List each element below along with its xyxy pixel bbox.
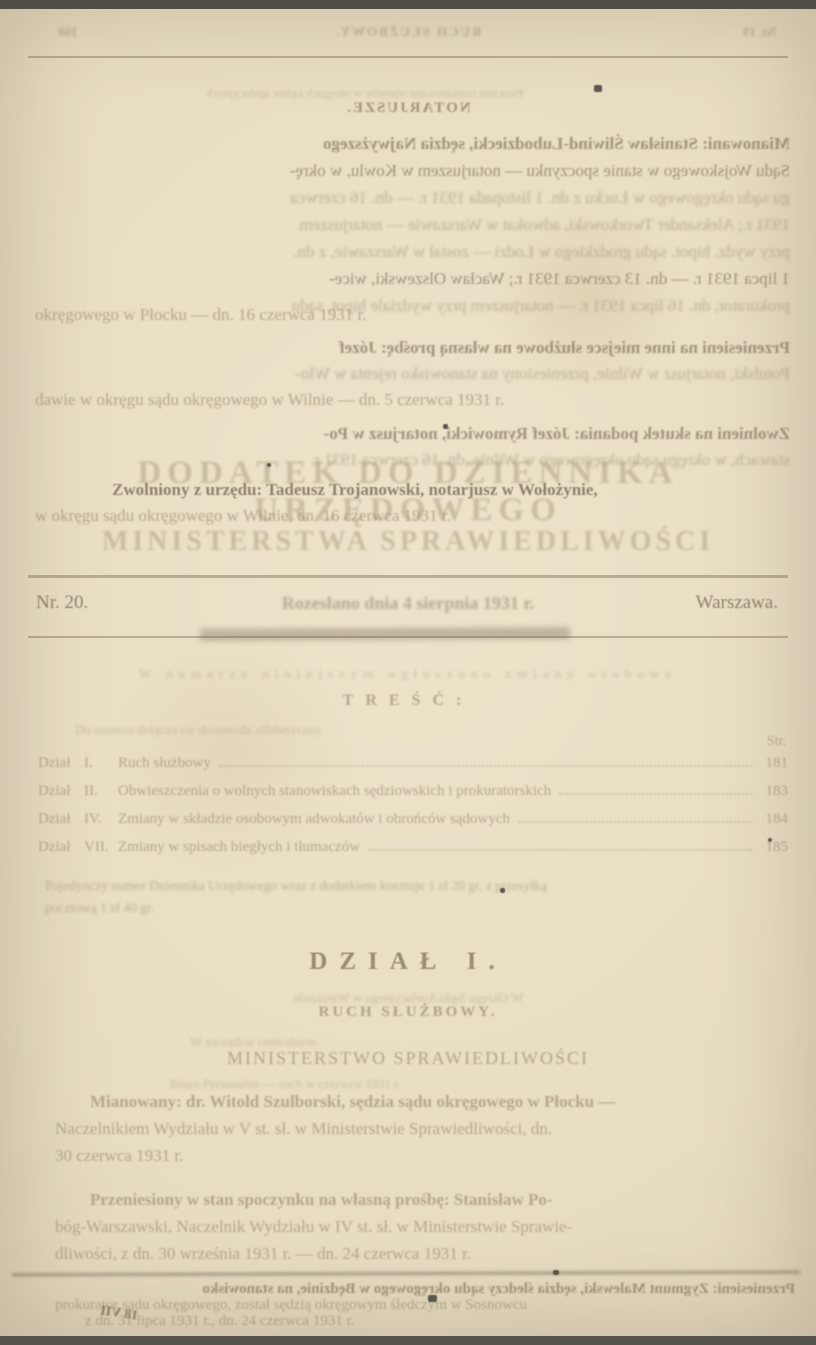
footnote-line: pocztową 1 zł 40 gr. <box>45 900 154 916</box>
footnote-line: Pojedynczy numer Dziennika Urzędowego wr… <box>45 878 776 894</box>
ghost-paragraph-line: gu sądu okręgowego w Łucku z dn. 1 listo… <box>55 188 790 208</box>
toc-page-column-label: Str. <box>767 734 786 750</box>
verso-running-title: RUCH SŁUŻBOWY. <box>0 24 816 40</box>
body-paragraph-line: Przeniesiony w stan spoczynku na własną … <box>90 1190 553 1210</box>
toc-entry-title: Zmiany w spisach biegłych i tłumaczów <box>118 839 368 856</box>
ghost-bottom-line: Przeniesieni: Zygmunt Malewski, sędzia ś… <box>15 1281 795 1298</box>
toc-entry-page: 183 <box>752 783 788 800</box>
ghost-line: W numerze niniejszym ogłoszono zmiany os… <box>0 666 816 682</box>
toc-dzial-numeral: IV. <box>84 811 118 828</box>
ghost-line: Biuro Personalne — ruch w czerwcu 1931 r… <box>170 1076 401 1092</box>
toc-row: Dział I. Ruch służbowy 181 <box>38 754 788 772</box>
toc-dzial-label: Dział <box>38 811 84 828</box>
toc-dotted-leader <box>559 782 752 795</box>
toc-dotted-leader <box>219 754 752 767</box>
toc-entry-title: Obwieszczenia o wolnych stanowiskach sęd… <box>118 783 559 800</box>
scanned-page: 160 RUCH SŁUŻBOWY. Nr. 19 Poza tem zamia… <box>0 0 816 1345</box>
issue-city: Warszawa. <box>696 592 778 615</box>
ink-speck <box>594 85 602 92</box>
faded-text-line: dawie w okręgu sądu okręgowego w Wilnie … <box>35 390 504 410</box>
toc-dzial-numeral: VII. <box>84 839 118 856</box>
ink-speck <box>428 1295 437 1302</box>
toc-row: Dział VII. Zmiany w spisach biegłych i t… <box>38 838 788 856</box>
ink-speck <box>500 888 505 893</box>
issue-date: Rozesłano dnia 4 sierpnia 1931 r. <box>0 593 816 614</box>
scan-edge-bottom <box>0 1336 816 1345</box>
toc-entry-page: 184 <box>752 811 788 828</box>
masthead-rule <box>28 575 788 578</box>
ghost-paragraph-line: Zwolnieni na skutek podania: Józef Rymow… <box>90 424 790 444</box>
ghost-line: Do numeru dołącza się skorowidz alfabety… <box>75 722 635 738</box>
toc-row: Dział II. Obwieszczenia o wolnych stanow… <box>38 782 788 800</box>
toc-dzial-numeral: I. <box>84 755 118 772</box>
body-paragraph-line: Naczelnikiem Wydziału w V st. sł. w Mini… <box>55 1119 552 1139</box>
toc-entry-title: Zmiany w składzie osobowym adwokatów i o… <box>118 811 518 828</box>
ink-speck <box>443 424 448 429</box>
ghost-paragraph-line: Przeniesieni na inne miejsce służbowe na… <box>90 338 790 358</box>
toc-dzial-label: Dział <box>38 783 84 800</box>
toc-entry-page: 181 <box>752 755 788 772</box>
toc-dotted-leader <box>368 838 752 851</box>
ghost-paragraph-line: przy wydz. hipot. sądu grodzkiego w Łodz… <box>55 242 790 262</box>
body-paragraph-line: Mianowany: dr. Witold Szulborski, sędzia… <box>90 1092 615 1112</box>
faded-text-line: Zwolniony z urzędu: Tadeusz Trojanowski,… <box>112 480 598 500</box>
ghost-paragraph-line: Sądu Wojskowego w stanie spoczynku — not… <box>55 161 790 181</box>
ghost-section-title: NOTARJUSZE. <box>0 100 816 117</box>
toc-dzial-numeral: II. <box>84 783 118 800</box>
ghost-paragraph-line: Potulski, notarjusz w Wilnie, przeniesio… <box>55 364 790 384</box>
body-paragraph-line: bóg-Warszawski, Naczelnik Wydziału w IV … <box>55 1217 572 1237</box>
toc-row: Dział IV. Zmiany w składzie osobowym adw… <box>38 810 788 828</box>
ghost-paragraph-line: 1 lipca 1931 r. — dn. 13 czerwca 1931 r.… <box>55 269 790 289</box>
toc-heading: TREŚĆ: <box>0 692 816 710</box>
verso-issue-number: Nr. 19 <box>743 24 776 40</box>
toc-dzial-label: Dział <box>38 755 84 772</box>
toc-dzial-label: Dział <box>38 839 84 856</box>
ink-speck <box>768 838 772 842</box>
masthead-subtitle: MINISTERSTWA SPRAWIEDLIWOŚCI <box>0 526 816 558</box>
smudged-rule <box>12 1271 800 1277</box>
ministry-heading: MINISTERSTWO SPRAWIEDLIWOŚCI <box>0 1048 816 1069</box>
section-heading: DZIAŁ I. <box>0 948 816 976</box>
body-paragraph-line: dliwości, z dn. 30 września 1931 r. — dn… <box>55 1244 471 1264</box>
scan-edge-top <box>0 0 816 9</box>
header-rule <box>28 56 788 58</box>
toc-entry-title: Ruch służbowy <box>118 755 219 772</box>
faded-text-line: w okręgu sądu okręgowego w Wilnie, dn. 1… <box>35 506 451 526</box>
faded-text-line: okręgowego w Płocku — dn. 16 czerwca 193… <box>35 305 366 325</box>
ghost-paragraph-line: 1931 r.; Aleksander Tworkowski, adwokat … <box>55 215 790 235</box>
ghost-top-fragment: Poza tem zamianowano rejentów w okręgach… <box>150 86 580 101</box>
ink-speck <box>553 1270 559 1275</box>
ink-speck <box>267 463 271 467</box>
body-paragraph-line: 30 czerwca 1931 r. <box>55 1146 183 1166</box>
section-subheading: RUCH SŁUŻBOWY. <box>0 1004 816 1021</box>
ink-smudge <box>200 627 570 641</box>
toc-dotted-leader <box>518 810 752 823</box>
ghost-paragraph-line: Mianowani: Stanisław Śliwind-Lubodziecki… <box>90 134 790 154</box>
